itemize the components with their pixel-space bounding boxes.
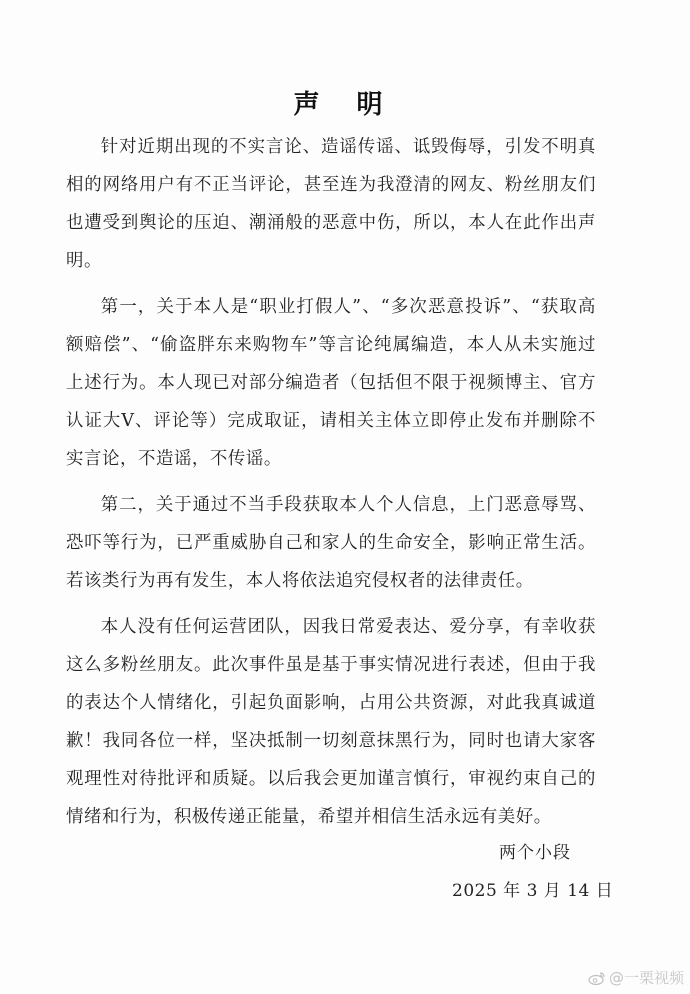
paragraph-intro: 针对近期出现的不实言论、造谣传谣、诋毁侮辱，引发不明真相的网络用户有不正当评论，… <box>66 128 596 280</box>
document-title: 声 明 <box>0 84 690 121</box>
document-body: 针对近期出现的不实言论、造谣传谣、诋毁侮辱，引发不明真相的网络用户有不正当评论，… <box>66 128 596 836</box>
watermark-text: @一栗视频 <box>609 967 684 988</box>
watermark: @一栗视频 <box>588 967 684 988</box>
weibo-icon <box>588 971 606 985</box>
paragraph-first: 第一，关于本人是“职业打假人”、“多次恶意投诉”、“获取高额赔偿”、“偷盗胖东来… <box>66 288 596 478</box>
statement-page: 声 明 针对近期出现的不实言论、造谣传谣、诋毁侮辱，引发不明真相的网络用户有不正… <box>0 0 690 994</box>
paragraph-apology: 本人没有任何运营团队，因我日常爱表达、爱分享，有幸收获这么多粉丝朋友。此次事件虽… <box>66 608 596 836</box>
paragraph-second: 第二，关于通过不当手段获取本人个人信息，上门恶意辱骂、恐吓等行为，已严重威胁自己… <box>66 486 596 600</box>
signature: 两个小段 <box>499 838 571 863</box>
statement-date: 2025 年 3 月 14 日 <box>452 876 613 901</box>
